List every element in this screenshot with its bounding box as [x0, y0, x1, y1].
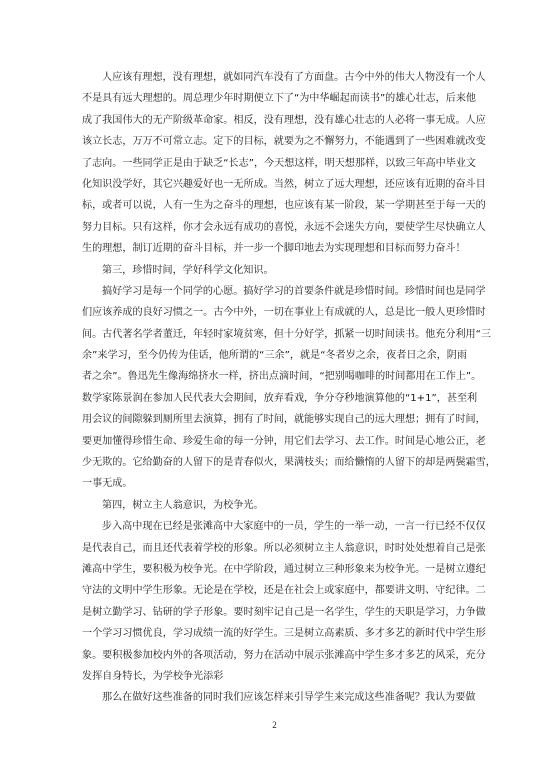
text-line: 用会议的间隙躲到厕所里去演算，拥有了时间，就能够实现自己的远大理想；拥有了时间， [82, 409, 467, 430]
text-line: 间。古代著名学者董迁，年轻时家境贫寒，但十分好学，抓紧一切时间读书。他充分利用“… [82, 324, 467, 345]
text-line: 了志向。一些同学正是由于缺乏“长志”，今天想这样，明天想那样，以致三年高中毕业文 [82, 153, 467, 174]
text-line: 们应该养成的良好习惯之一。古今中外，一切在事业上有成就的人，总是比一般人更珍惜时 [82, 302, 467, 323]
paragraph-first-line: 搞好学习是每一个同学的心愿。搞好学习的首要条件就是珍惜时间。珍惜时间也是同学 [82, 281, 467, 302]
text-line: 是树立勤学习、钻研的学子形象。要时刻牢记自己是一名学生，学生的天职是学习，力争做 [82, 602, 467, 623]
text-line: 发挥自身特长，为学校争光添彩 [82, 666, 467, 687]
paragraph-first-line: 那么在做好这些准备的同时我们应该怎样来引导学生来完成这些准备呢？我认为要做 [82, 687, 467, 708]
text-line: 是代表自己，而且还代表着学校的形象。所以必须树立主人翁意识，时时处处想着自己是张 [82, 538, 467, 559]
text-line: 余”来学习，至今仍传为佳话，他所谓的“三余”，就是“冬者岁之余，夜者日之余，阴雨 [82, 345, 467, 366]
paragraph-first-line: 第四，树立主人翁意识，为校争光。 [82, 495, 467, 516]
text-line: 化知识没学好，其它兴趣爱好也一无所成。当然，树立了远大理想，还应该有近期的奋斗目 [82, 174, 467, 195]
text-line: 生的理想，制订近期的奋斗目标，并一步一个脚印地去为实现理想和目标而努力奋斗！ [82, 238, 467, 259]
text-line: 该立长志，万万不可常立志。定下的目标，就要为之不懈努力，不能遇到了一些困难就改变 [82, 131, 467, 152]
page-number: 2 [0, 720, 549, 730]
document-page: 人应该有理想，没有理想，就如同汽车没有了方面盘。古今中外的伟大人物没有一个人不是… [0, 0, 549, 778]
text-line: 滩高中学生，要积极为校争光。在中学阶段，通过树立三种形象来为校争光。一是树立遵纪 [82, 559, 467, 580]
paragraph-first-line: 第三，珍惜时间，学好科学文化知识。 [82, 260, 467, 281]
text-line: 守法的文明中学生形象。无论是在学校，还是在社会上或家庭中，都要讲文明、守纪律。二 [82, 580, 467, 601]
text-line: 数学家陈景润在参加人民代表大会期间，放弃看戏，争分夺秒地演算他的“1+1”，甚至… [82, 388, 467, 409]
text-line: 不是具有远大理想的。周总理少年时期便立下了“为中华崛起而读书”的雄心壮志，后来他 [82, 88, 467, 109]
text-line: 成了我国伟大的无产阶级革命家。相反，没有理想，没有雄心壮志的人必将一事无成。人应 [82, 110, 467, 131]
text-line: 象。要积极参加校内外的各项活动，努力在活动中展示张滩高中学生多才多艺的风采，充分 [82, 645, 467, 666]
text-line: 一个学习习惯优良，学习成绩一流的好学生。三是树立高素质、多才多艺的新时代中学生形 [82, 623, 467, 644]
text-line: 一事无成。 [82, 473, 467, 494]
text-line: 标，或者可以说，人有一生为之奋斗的理想，也应该有某一阶段，某一学期甚至于每一天的 [82, 195, 467, 216]
text-line: 努力目标。只有这样，你才会永远有成功的喜悦，永远不会迷失方向，要使学生尽快确立人 [82, 217, 467, 238]
text-line: 者之余”。鲁迅先生像海绵挤水一样，挤出点滴时间，“把别喝咖啡的时间都用在工作上”… [82, 366, 467, 387]
text-line: 少无欺的。它给勤奋的人留下的是青春似火，果满枝头；而给懒惰的人留下的却是两鬓霜雪… [82, 452, 467, 473]
paragraph-first-line: 人应该有理想，没有理想，就如同汽车没有了方面盘。古今中外的伟大人物没有一个人 [82, 67, 467, 88]
text-line: 要更加懂得珍惜生命、珍爱生命的每一分钟，用它们去学习、去工作。时间是心地公正，老 [82, 431, 467, 452]
document-body: 人应该有理想，没有理想，就如同汽车没有了方面盘。古今中外的伟大人物没有一个人不是… [82, 67, 467, 709]
paragraph-first-line: 步入高中现在已经是张滩高中大家庭中的一员，学生的一举一动，一言一行已经不仅仅 [82, 516, 467, 537]
